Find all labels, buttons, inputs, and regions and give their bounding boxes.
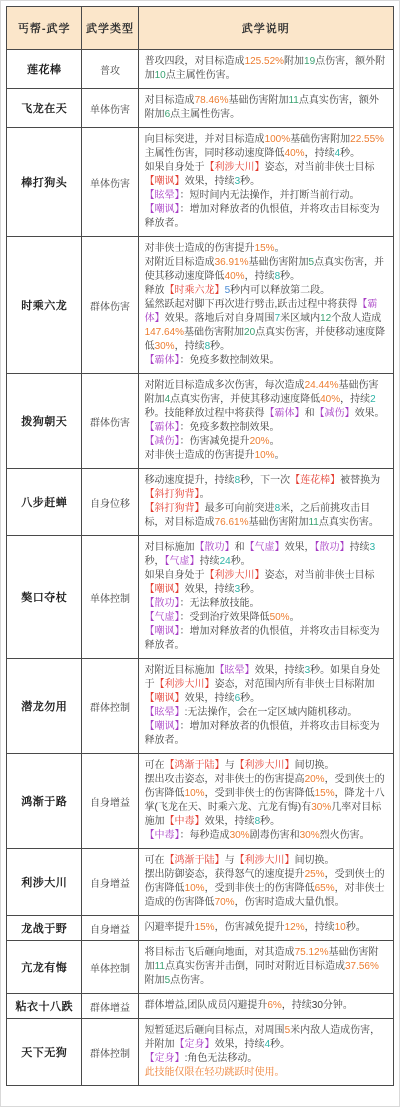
- description-paragraph: 【嘲讽】：增加对释放者的仇恨值，并将攻击目标变为释放者。: [145, 720, 387, 748]
- description-text: 对非侠士造成的伤害提升: [145, 450, 255, 461]
- description-text: 可在: [145, 760, 165, 771]
- highlighted-value: 【减伤】: [145, 436, 180, 447]
- highlighted-value: 【嘲讽】: [145, 626, 180, 637]
- description-text: 向目标突进，并对目标造成: [145, 134, 265, 145]
- highlighted-value: 【莲花棒】: [290, 475, 340, 486]
- skill-name: 潜龙勿用: [7, 659, 82, 754]
- skill-table-body: 莲花棒普攻普攻四段，对目标造成125.52%附加19点伤害，额外附加10点主属性…: [7, 50, 394, 1086]
- highlighted-value: 【嘲讽】: [145, 176, 185, 187]
- highlighted-value: 【中毒】: [165, 816, 205, 827]
- description-text: ：免疫多数控制效果。: [180, 422, 280, 433]
- description-text: 闪避率提升: [145, 922, 195, 933]
- description-paragraph: 对附近目标造成36.91%基础伤害附加5点真实伤害，并使其移动速度降低40%，持…: [145, 256, 387, 284]
- skill-description: 对附近目标施加【眩晕】效果，持续3秒。如果自身处于【利涉大川】姿态，对范围内所有…: [138, 659, 393, 754]
- skill-name: 獒口夺杖: [7, 536, 82, 659]
- description-text: 效果，持续: [215, 1039, 265, 1050]
- highlighted-value: 12: [320, 313, 331, 324]
- highlighted-value: 【眩晕】: [145, 190, 180, 201]
- description-paragraph: 普攻四段，对目标造成125.52%附加19点伤害，额外附加10点主属性伤害。: [145, 55, 387, 83]
- description-paragraph: 【减伤】：伤害减免提升20%。: [145, 435, 387, 449]
- highlighted-value: 【散功】: [145, 598, 180, 609]
- description-text: 对附近目标施加: [145, 665, 215, 676]
- highlighted-value: 24: [220, 556, 231, 567]
- highlighted-value: 【利涉大川】: [235, 855, 295, 866]
- skill-name: 飞龙在天: [7, 89, 82, 128]
- description-text: ，受到非侠士的伤害降低: [205, 883, 315, 894]
- description-paragraph: 如果自身处于【利涉大川】姿态，对当前非侠士目标【嘲讽】效果，持续3秒。: [145, 569, 387, 597]
- description-text: :角色无法移动。: [185, 1053, 258, 1064]
- highlighted-value: 40%: [320, 394, 340, 405]
- description-text: 效果。: [355, 408, 385, 419]
- description-paragraph: 对非侠士造成的伤害提升10%。: [145, 449, 387, 463]
- highlighted-value: 【嘲讽】: [145, 204, 180, 215]
- skill-type: 单体伤害: [82, 89, 138, 128]
- highlighted-value: 【眩晕】: [215, 665, 255, 676]
- skill-name: 粘衣十八跌: [7, 994, 82, 1019]
- highlighted-value: 20: [244, 327, 255, 338]
- highlighted-value: 37.56%: [345, 961, 379, 972]
- header-row: 丐帮-武学 武学类型 武学说明: [7, 7, 394, 50]
- skill-description: 对非侠士造成的伤害提升15%。对附近目标造成36.91%基础伤害附加5点真实伤害…: [138, 237, 393, 374]
- description-text: 秒内可以释放第二段。: [230, 285, 330, 296]
- description-text: 释放: [145, 285, 165, 296]
- highlighted-value: 65%: [315, 883, 335, 894]
- description-text: ，受到非侠士的伤害降低: [205, 788, 315, 799]
- highlighted-value: 【霸体】: [145, 355, 180, 366]
- highlighted-value: 25%: [305, 869, 325, 880]
- skill-type: 自身位移: [82, 469, 138, 536]
- skill-name: 利涉大川: [7, 849, 82, 916]
- skill-row: 亢龙有悔单体控制将目标击飞后砸向地面，对其造成75.12%基础伤害附加11点真实…: [7, 941, 394, 994]
- header-skill-description: 武学说明: [138, 7, 393, 50]
- skill-description: 向目标突进，并对目标造成100%基础伤害附加22.55%主属性伤害，同时移动速度…: [138, 128, 393, 237]
- description-paragraph: 释放【时乘六龙】5秒内可以释放第二段。: [145, 284, 387, 298]
- description-text: 。: [270, 436, 280, 447]
- skill-name: 拨狗朝天: [7, 374, 82, 469]
- description-paragraph: 移动速度提升，持续8秒，下一次【莲花棒】被替换为【斜打狗背】。: [145, 474, 387, 502]
- highlighted-value: 10%: [185, 788, 205, 799]
- description-text: 秒。: [210, 341, 230, 352]
- description-text: 秒。: [231, 556, 251, 567]
- description-text: 间切换。: [295, 760, 335, 771]
- highlighted-value: 【利涉大川】: [155, 679, 215, 690]
- highlighted-value: 【中毒】: [145, 830, 180, 841]
- highlighted-value: 70%: [215, 897, 235, 908]
- description-paragraph: 闪避率提升15%，伤害减免提升12%，持续10秒。: [145, 921, 387, 935]
- description-text: 秒。: [346, 922, 366, 933]
- highlighted-value: 【霸体】: [265, 408, 305, 419]
- skill-name: 龙战于野: [7, 916, 82, 941]
- skill-type: 群体伤害: [82, 374, 138, 469]
- highlighted-value: 【减伤】: [315, 408, 355, 419]
- description-text: 。: [290, 612, 300, 623]
- highlighted-value: 30%: [311, 802, 331, 813]
- highlighted-value: 15%: [255, 243, 275, 254]
- description-text: 基础伤害附加: [290, 134, 350, 145]
- highlighted-value: 11: [155, 961, 165, 972]
- description-text: 基础伤害附加: [248, 257, 308, 268]
- description-text: 秒。: [270, 1039, 290, 1050]
- skill-description: 可在【鸿渐于陆】与【利涉大川】间切换。摆出攻击姿态，对非侠士的伤害提高20%，受…: [138, 754, 393, 849]
- description-text: 米区域内: [280, 313, 320, 324]
- description-paragraph: 可在【鸿渐于陆】与【利涉大川】间切换。: [145, 854, 387, 868]
- highlighted-value: 【嘲讽】: [145, 693, 185, 704]
- highlighted-value: 40%: [225, 271, 245, 282]
- skill-type: 普攻: [82, 50, 138, 89]
- header-skill-type: 武学类型: [82, 7, 138, 50]
- description-text: 姿态，对当前非侠士目标: [265, 570, 375, 581]
- highlighted-value: 【鸿渐于陆】: [165, 760, 225, 771]
- description-text: 秒。: [240, 693, 260, 704]
- highlighted-value: 【斜打狗背】: [145, 489, 200, 500]
- highlighted-value: 19: [304, 56, 315, 67]
- description-text: 秒。: [260, 816, 280, 827]
- skill-name: 莲花棒: [7, 50, 82, 89]
- description-text: 剧毒伤害和: [250, 830, 300, 841]
- description-paragraph: 向目标突进，并对目标造成100%基础伤害附加22.55%主属性伤害，同时移动速度…: [145, 133, 387, 161]
- description-text: 效果。落地后对自身周围: [165, 313, 275, 324]
- description-paragraph: 猛然跃起对脚下再次进行劈击,跃击过程中将获得【霸体】效果。落地后对自身周围7米区…: [145, 298, 387, 354]
- description-paragraph: 摆出防御姿态，获得怒气的速度提升25%，受到侠士的伤害降低10%，受到非侠士的伤…: [145, 868, 387, 910]
- skill-description: 对目标造成78.46%基础伤害附加11点真实伤害，额外附加6点主属性伤害。: [138, 89, 393, 128]
- description-text: 。: [275, 450, 285, 461]
- description-paragraph: 对目标造成78.46%基础伤害附加11点真实伤害，额外附加6点主属性伤害。: [145, 94, 387, 122]
- description-text: ：增加对释放者的仇恨值，并将攻击目标变为释放者。: [145, 626, 380, 651]
- skill-row: 飞龙在天单体伤害对目标造成78.46%基础伤害附加11点真实伤害，额外附加6点主…: [7, 89, 394, 128]
- description-text: 点伤害。: [170, 975, 210, 986]
- description-paragraph: 如果自身处于【利涉大川】姿态，对当前非侠士目标【嘲讽】效果，持续3秒。: [145, 161, 387, 189]
- highlighted-value: 【嘲讽】: [145, 584, 185, 595]
- description-text: 效果，持续: [185, 584, 235, 595]
- skill-name: 时乘六龙: [7, 237, 82, 374]
- skill-row: 莲花棒普攻普攻四段，对目标造成125.52%附加19点伤害，额外附加10点主属性…: [7, 50, 394, 89]
- description-paragraph: 对非侠士造成的伤害提升15%。: [145, 242, 387, 256]
- highlighted-value: 30%: [230, 830, 250, 841]
- highlighted-value: 【嘲讽】: [145, 721, 180, 732]
- description-paragraph: 【嘲讽】：增加对释放者的仇恨值，并将攻击目标变为释放者。: [145, 203, 387, 231]
- description-text: 对目标造成: [145, 95, 195, 106]
- description-text: ：伤害减免提升: [180, 436, 250, 447]
- skill-type: 单体控制: [82, 941, 138, 994]
- skill-row: 粘衣十八跌群体增益群体增益,团队成员闪避提升6%，持续30分钟。: [7, 994, 394, 1019]
- skill-row: 八步赶蝉自身位移移动速度提升，持续8秒，下一次【莲花棒】被替换为【斜打狗背】。【…: [7, 469, 394, 536]
- description-text: 最多可向前突进: [205, 503, 275, 514]
- highlighted-value: 10%: [255, 450, 275, 461]
- description-text: 点真实伤害，并使其移动速度降低: [170, 394, 320, 405]
- highlighted-value: 30%: [300, 830, 320, 841]
- description-text: ：无法释放技能。: [180, 598, 260, 609]
- skill-row: 棒打狗头单体伤害向目标突进，并对目标造成100%基础伤害附加22.55%主属性伤…: [7, 128, 394, 237]
- description-text: 效果，持续: [185, 176, 235, 187]
- description-text: 对附近目标造成: [145, 257, 215, 268]
- description-text: 持续: [200, 556, 220, 567]
- description-paragraph: 【气虚】：受到治疗效果降低50%。: [145, 611, 387, 625]
- description-text: 和: [305, 408, 315, 419]
- description-paragraph: 群体增益,团队成员闪避提升6%，持续30分钟。: [145, 999, 387, 1013]
- highlighted-value: 78.46%: [195, 95, 229, 106]
- skill-description: 移动速度提升，持续8秒，下一次【莲花棒】被替换为【斜打狗背】。【斜打狗背】最多可…: [138, 469, 393, 536]
- description-text: 群体增益,团队成员闪避提升: [145, 1000, 268, 1011]
- skill-name: 八步赶蝉: [7, 469, 82, 536]
- description-text: ，持续: [305, 148, 335, 159]
- description-text: 普攻四段，对目标造成: [145, 56, 245, 67]
- highlighted-value: 【鸿渐于陆】: [165, 855, 225, 866]
- description-text: 附加: [145, 975, 165, 986]
- description-text: 与: [225, 760, 235, 771]
- description-text: ：增加对释放者的仇恨值，并将攻击目标变为释放者。: [145, 204, 380, 229]
- description-text: 效果，持续: [205, 816, 255, 827]
- description-text: 对非侠士造成的伤害提升: [145, 243, 255, 254]
- description-paragraph: 【眩晕】：短时间内无法操作，并打断当前行动。: [145, 189, 387, 203]
- description-text: 秒。: [280, 271, 300, 282]
- skill-name: 鸿渐于路: [7, 754, 82, 849]
- description-paragraph: 【眩晕】:无法操作，会在一定区域内随机移动。: [145, 706, 387, 720]
- description-text: 摆出防御姿态，获得怒气的速度提升: [145, 869, 305, 880]
- skill-type: 自身增益: [82, 916, 138, 941]
- description-paragraph: 【霸体】：免疫多数控制效果。: [145, 354, 387, 368]
- skill-name: 天下无狗: [7, 1019, 82, 1086]
- description-text: 烈火伤害。: [320, 830, 370, 841]
- highlighted-value: 11: [308, 517, 318, 528]
- skill-type: 群体增益: [82, 994, 138, 1019]
- description-text: 移动速度提升，持续: [145, 475, 235, 486]
- description-text: 将目标击飞后砸向地面，对其造成: [145, 947, 295, 958]
- skill-type: 单体伤害: [82, 128, 138, 237]
- description-paragraph: 【中毒】：每秒造成30%剧毒伤害和30%烈火伤害。: [145, 829, 387, 843]
- highlighted-value: 6%: [267, 1000, 281, 1011]
- description-text: 附加: [284, 56, 304, 67]
- description-text: 猛然跃起对脚下再次进行劈击,跃击过程中将获得: [145, 299, 358, 310]
- highlighted-value: 20%: [250, 436, 270, 447]
- highlighted-value: 【利涉大川】: [205, 162, 265, 173]
- description-text: 和: [235, 542, 245, 553]
- skill-type: 单体控制: [82, 536, 138, 659]
- highlighted-value: 40%: [285, 148, 305, 159]
- description-paragraph: 将目标击飞后砸向地面，对其造成75.12%基础伤害附加11点真实伤害并击倒，同时…: [145, 946, 387, 988]
- highlighted-value: 12%: [285, 922, 305, 933]
- description-text: 短暂延迟后砸向目标点，对周围: [145, 1025, 285, 1036]
- highlighted-value: 76.61%: [215, 517, 249, 528]
- description-text: 点真实伤害。: [319, 517, 379, 528]
- highlighted-value: 24.44%: [305, 380, 339, 391]
- description-text: ：免疫多数控制效果。: [180, 355, 280, 366]
- description-text: 间切换。: [295, 855, 335, 866]
- skill-row: 潜龙勿用群体控制对附近目标施加【眩晕】效果，持续3秒。如果自身处于【利涉大川】姿…: [7, 659, 394, 754]
- skill-row: 龙战于野自身增益闪避率提升15%，伤害减免提升12%，持续10秒。: [7, 916, 394, 941]
- skill-table-frame: 丐帮-武学 武学类型 武学说明 莲花棒普攻普攻四段，对目标造成125.52%附加…: [0, 0, 400, 1107]
- highlighted-value: 【散功】: [195, 542, 235, 553]
- highlighted-value: 【利涉大川】: [205, 570, 265, 581]
- highlighted-value: 此技能仅限在轻功跳跃时使用。: [145, 1067, 285, 1078]
- description-text: 效果，: [285, 542, 315, 553]
- description-text: 可在: [145, 855, 165, 866]
- skill-row: 天下无狗群体控制短暂延迟后砸向目标点，对周围5米内敌人造成伤害，并附加【定身】效…: [7, 1019, 394, 1086]
- highlighted-value: 【气虚】: [165, 556, 200, 567]
- highlighted-value: 10: [155, 70, 166, 81]
- description-text: ，持续: [305, 922, 335, 933]
- skill-type: 群体伤害: [82, 237, 138, 374]
- description-text: 秒，下一次: [240, 475, 290, 486]
- description-paragraph: 对附近目标施加【眩晕】效果，持续3秒。如果自身处于【利涉大川】姿态，对范围内所有…: [145, 664, 387, 706]
- description-text: 基础伤害附加: [248, 517, 308, 528]
- description-text: 点主属性伤害。: [166, 70, 236, 81]
- skill-name: 亢龙有悔: [7, 941, 82, 994]
- description-text: ：短时间内无法操作，并打断当前行动。: [180, 190, 360, 201]
- highlighted-value: 15%: [315, 788, 335, 799]
- skill-row: 獒口夺杖单体控制对目标施加【散功】和【气虚】效果，【散功】持续3秒，【气虚】持续…: [7, 536, 394, 659]
- skill-table: 丐帮-武学 武学类型 武学说明 莲花棒普攻普攻四段，对目标造成125.52%附加…: [6, 6, 394, 1086]
- skill-description: 闪避率提升15%，伤害减免提升12%，持续10秒。: [138, 916, 393, 941]
- skill-row: 时乘六龙群体伤害对非侠士造成的伤害提升15%。对附近目标造成36.91%基础伤害…: [7, 237, 394, 374]
- description-text: ，持续: [175, 341, 205, 352]
- description-text: 点真实伤害并击倒，同时对附近目标造成: [165, 961, 345, 972]
- header-sect-skill: 丐帮-武学: [7, 7, 82, 50]
- skill-type: 自身增益: [82, 849, 138, 916]
- skill-description: 群体增益,团队成员闪避提升6%，持续30分钟。: [138, 994, 393, 1019]
- highlighted-value: 【散功】: [315, 542, 350, 553]
- highlighted-value: 【定身】: [145, 1053, 185, 1064]
- highlighted-value: 15%: [195, 922, 215, 933]
- highlighted-value: 22.55%: [350, 134, 384, 145]
- description-text: 秒。技能释放过程中将获得: [145, 408, 265, 419]
- description-text: 点主属性伤害。: [170, 109, 240, 120]
- description-text: 。: [200, 489, 210, 500]
- description-text: 姿态，对范围内所有非侠士目标附加: [215, 679, 375, 690]
- highlighted-value: 【利涉大川】: [235, 760, 295, 771]
- highlighted-value: 10%: [185, 883, 205, 894]
- description-text: 秒。: [340, 148, 360, 159]
- highlighted-value: 【斜打狗背】: [145, 503, 205, 514]
- skill-description: 对目标施加【散功】和【气虚】效果，【散功】持续3秒，【气虚】持续24秒。如果自身…: [138, 536, 393, 659]
- highlighted-value: 50%: [270, 612, 290, 623]
- skill-description: 将目标击飞后砸向地面，对其造成75.12%基础伤害附加11点真实伤害并击倒，同时…: [138, 941, 393, 994]
- skill-row: 利涉大川自身增益可在【鸿渐于陆】与【利涉大川】间切换。摆出防御姿态，获得怒气的速…: [7, 849, 394, 916]
- description-text: 被替换为: [340, 475, 380, 486]
- skill-type: 自身增益: [82, 754, 138, 849]
- description-text: 秒。: [240, 584, 260, 595]
- description-paragraph: 可在【鸿渐于陆】与【利涉大川】间切换。: [145, 759, 387, 773]
- description-text: 秒，: [145, 556, 165, 567]
- highlighted-value: 147.64%: [145, 327, 184, 338]
- description-paragraph: 【霸体】：免疫多数控制效果。: [145, 421, 387, 435]
- description-paragraph: 【斜打狗背】最多可向前突进8米，之后前挑攻击目标，对目标造成76.61%基础伤害…: [145, 502, 387, 530]
- highlighted-value: 36.91%: [215, 257, 249, 268]
- highlighted-value: 100%: [265, 134, 291, 145]
- highlighted-value: 【气虚】: [245, 542, 285, 553]
- highlighted-value: 3: [370, 542, 376, 553]
- description-text: ，持续: [245, 271, 275, 282]
- description-text: ：每秒造成: [180, 830, 230, 841]
- description-text: 效果，持续: [185, 693, 235, 704]
- highlighted-value: 75.12%: [295, 947, 329, 958]
- description-paragraph: 【散功】：无法释放技能。: [145, 597, 387, 611]
- description-text: ，持续: [340, 394, 370, 405]
- skill-description: 短暂延迟后砸向目标点，对周围5米内敌人造成伤害，并附加【定身】效果，持续4秒。【…: [138, 1019, 393, 1086]
- description-text: 摆出攻击姿态，对非侠士的伤害提高: [145, 774, 305, 785]
- description-text: ：受到治疗效果降低: [180, 612, 270, 623]
- skill-row: 鸿渐于路自身增益可在【鸿渐于陆】与【利涉大川】间切换。摆出攻击姿态，对非侠士的伤…: [7, 754, 394, 849]
- description-text: 与: [225, 855, 235, 866]
- highlighted-value: 【定身】: [175, 1039, 215, 1050]
- description-text: 如果自身处于: [145, 570, 205, 581]
- description-text: :无法操作，会在一定区域内随机移动。: [185, 707, 358, 718]
- description-paragraph: 【定身】:角色无法移动。: [145, 1052, 387, 1066]
- description-text: 对目标施加: [145, 542, 195, 553]
- description-text: ，伤害减免提升: [215, 922, 285, 933]
- description-text: ，伤害时造成大量仇恨。: [235, 897, 345, 908]
- highlighted-value: 【气虚】: [145, 612, 180, 623]
- description-text: 基础伤害附加: [228, 95, 288, 106]
- skill-description: 对附近目标造成多次伤害，每次造成24.44%基础伤害附加4点真实伤害，并使其移动…: [138, 374, 393, 469]
- skill-row: 拨狗朝天群体伤害对附近目标造成多次伤害，每次造成24.44%基础伤害附加4点真实…: [7, 374, 394, 469]
- description-paragraph: 对附近目标造成多次伤害，每次造成24.44%基础伤害附加4点真实伤害，并使其移动…: [145, 379, 387, 421]
- description-text: ：增加对释放者的仇恨值，并将攻击目标变为释放者。: [145, 721, 380, 746]
- skill-description: 可在【鸿渐于陆】与【利涉大川】间切换。摆出防御姿态，获得怒气的速度提升25%，受…: [138, 849, 393, 916]
- highlighted-value: 10: [335, 922, 346, 933]
- description-paragraph: 此技能仅限在轻功跳跃时使用。: [145, 1066, 387, 1080]
- description-paragraph: 摆出攻击姿态，对非侠士的伤害提高20%，受到侠士的伤害降低10%，受到非侠士的伤…: [145, 773, 387, 829]
- skill-type: 群体控制: [82, 1019, 138, 1086]
- description-paragraph: 短暂延迟后砸向目标点，对周围5米内敌人造成伤害，并附加【定身】效果，持续4秒。: [145, 1024, 387, 1052]
- description-text: 主属性伤害，同时移动速度降低: [145, 148, 285, 159]
- description-text: 持续: [350, 542, 370, 553]
- highlighted-value: 【霸体】: [145, 422, 180, 433]
- description-text: ，持续30分钟。: [282, 1000, 353, 1011]
- highlighted-value: 30%: [155, 341, 175, 352]
- description-text: 基础伤害附加: [184, 327, 244, 338]
- highlighted-value: 2: [370, 394, 376, 405]
- highlighted-value: 【时乘六龙】: [165, 285, 225, 296]
- description-text: 。: [275, 243, 285, 254]
- highlighted-value: 【眩晕】: [145, 707, 185, 718]
- description-text: 个敌人造成: [331, 313, 381, 324]
- highlighted-value: 125.52%: [245, 56, 284, 67]
- description-text: 效果，持续: [255, 665, 305, 676]
- description-text: 姿态，对当前非侠士目标: [265, 162, 375, 173]
- description-paragraph: 对目标施加【散功】和【气虚】效果，【散功】持续3秒，【气虚】持续24秒。: [145, 541, 387, 569]
- description-text: 如果自身处于: [145, 162, 205, 173]
- highlighted-value: 20%: [305, 774, 325, 785]
- description-text: 对附近目标造成多次伤害，每次造成: [145, 380, 305, 391]
- highlighted-value: 11: [288, 95, 298, 106]
- description-paragraph: 【嘲讽】：增加对释放者的仇恨值，并将攻击目标变为释放者。: [145, 625, 387, 653]
- skill-description: 普攻四段，对目标造成125.52%附加19点伤害，额外附加10点主属性伤害。: [138, 50, 393, 89]
- skill-type: 群体控制: [82, 659, 138, 754]
- description-text: 秒。: [240, 176, 260, 187]
- skill-name: 棒打狗头: [7, 128, 82, 237]
